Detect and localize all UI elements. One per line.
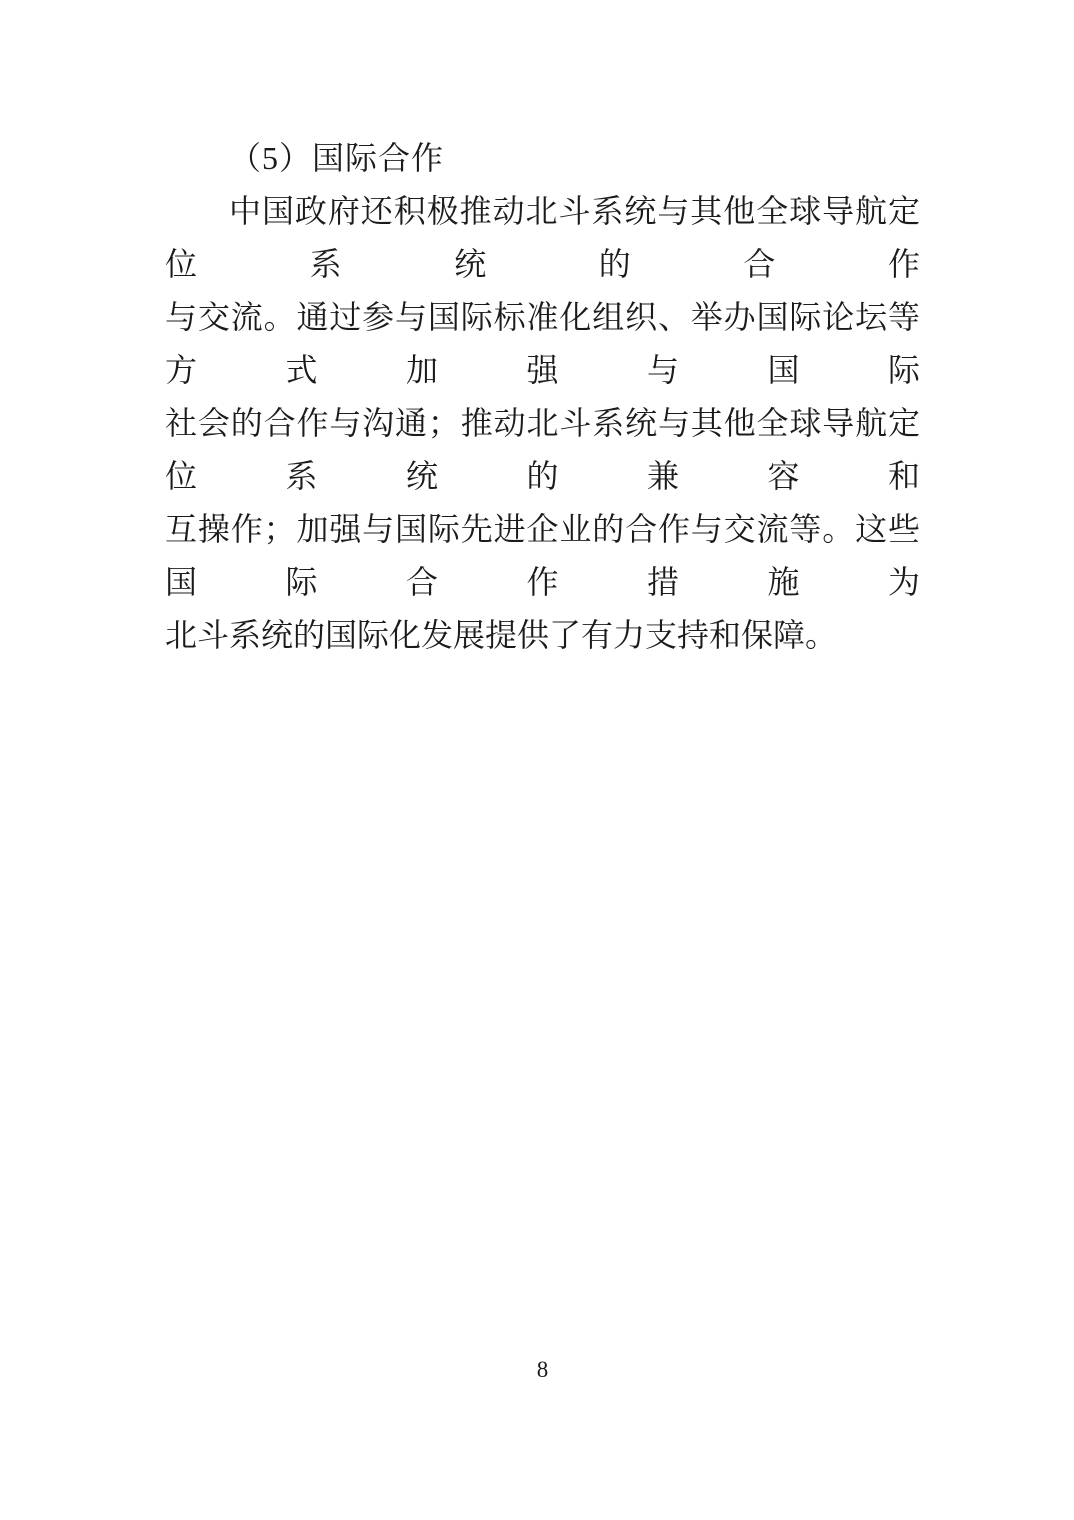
paragraph-line: 与交流。通过参与国际标准化组织、举办国际论坛等方式加强与国际 [165,291,920,397]
page-content: （5）国际合作 中国政府还积极推动北斗系统与其他全球导航定位系统的合作 与交流。… [165,132,920,662]
paragraph-line: 社会的合作与沟通；推动北斗系统与其他全球导航定位系统的兼容和 [165,397,920,503]
paragraph-line: 互操作；加强与国际先进企业的合作与交流等。这些国际合作措施为 [165,503,920,609]
paragraph-line: 北斗系统的国际化发展提供了有力支持和保障。 [165,609,920,662]
paragraph-line: 中国政府还积极推动北斗系统与其他全球导航定位系统的合作 [165,185,920,291]
page-number: 8 [165,1354,920,1386]
paragraph: 中国政府还积极推动北斗系统与其他全球导航定位系统的合作 与交流。通过参与国际标准… [165,185,920,662]
document-page: （5）国际合作 中国政府还积极推动北斗系统与其他全球导航定位系统的合作 与交流。… [0,0,1074,1520]
section-heading: （5）国际合作 [165,132,920,185]
